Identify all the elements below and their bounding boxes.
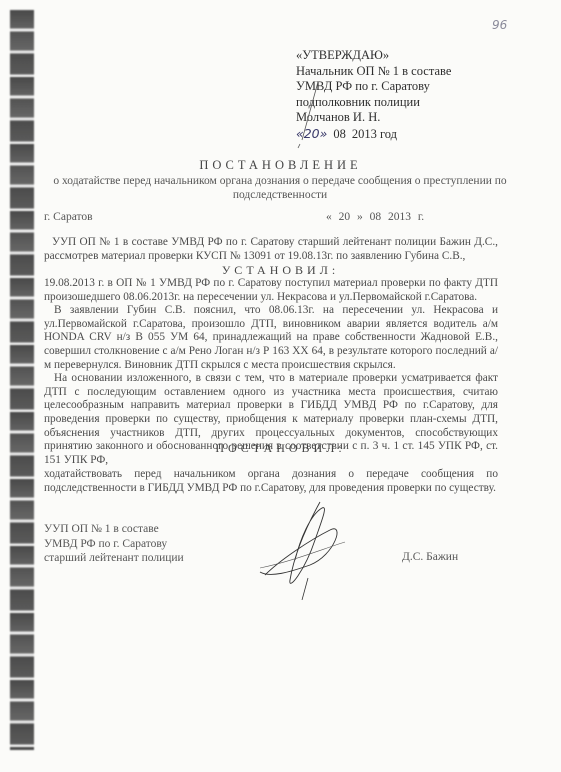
paragraph: 19.08.2013 г. в ОП № 1 УМВД РФ по г. Сар…	[44, 277, 498, 304]
signature-line: старший лейтенант полиции	[44, 551, 184, 566]
document-date: « 20 » 08 2013 г.	[326, 211, 424, 223]
signature-line: УМВД РФ по г. Саратову	[44, 537, 184, 552]
signature-line: УУП ОП № 1 в составе	[44, 522, 184, 537]
established-section: 19.08.2013 г. в ОП № 1 УМВД РФ по г. Сар…	[44, 277, 498, 467]
document-place: г. Саратов	[44, 211, 93, 223]
resolution-paragraph: ходатайствовать перед начальником органа…	[44, 468, 498, 495]
signer-name: Д.С. Бажин	[402, 551, 458, 563]
resolved-heading: ПОСТАНОВИЛ:	[0, 441, 561, 456]
approval-signature-stroke	[296, 80, 326, 150]
signature-block: УУП ОП № 1 в составе УМВД РФ по г. Сарат…	[44, 522, 184, 566]
intro-paragraph: УУП ОП № 1 в составе УМВД РФ по г. Сарат…	[44, 236, 498, 263]
approval-month: 08	[333, 127, 346, 143]
page-number: 96	[492, 18, 507, 32]
approval-stamp: «УТВЕРЖДАЮ»	[296, 48, 451, 64]
established-heading: УСТАНОВИЛ:	[0, 263, 561, 278]
paragraph: В заявлении Губин С.В. пояснил, что 08.0…	[44, 304, 498, 372]
handwritten-signature	[250, 500, 350, 600]
approval-year: 2013 год	[352, 127, 397, 143]
scan-edge-artifact	[10, 10, 34, 750]
document-title: ПОСТАНОВЛЕНИЕ	[0, 158, 561, 173]
document-subtitle: о ходатайстве перед начальником органа д…	[50, 174, 510, 202]
approval-line: Начальник ОП № 1 в составе	[296, 64, 451, 80]
